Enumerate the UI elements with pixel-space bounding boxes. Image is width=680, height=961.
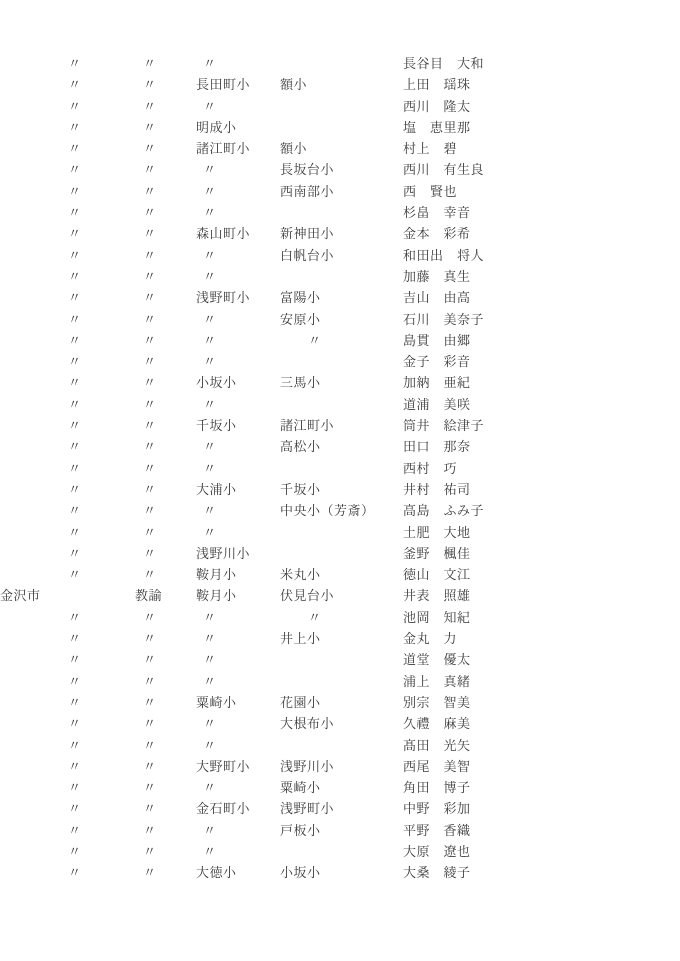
cell-position-title: 〃 xyxy=(135,138,196,159)
table-row: 〃 〃 〃 戸板小 平野 香織 xyxy=(0,820,680,841)
cell-municipality: 〃 xyxy=(0,522,135,543)
cell-position-title: 〃 xyxy=(135,628,196,649)
cell-municipality: 〃 xyxy=(0,756,135,777)
cell-new-school: 中央小（芳斎） xyxy=(280,500,403,521)
personnel-roster-table: 〃 〃 〃 長谷目 大和 〃 〃 長田町小 額小 上田 瑶珠 〃 〃 〃 西川 … xyxy=(0,53,680,884)
table-row: 〃 〃 〃 土肥 大地 xyxy=(0,522,680,543)
cell-new-school: 井上小 xyxy=(280,628,403,649)
cell-municipality: 〃 xyxy=(0,820,135,841)
cell-person-name: 道堂 優太 xyxy=(403,649,680,670)
cell-new-school: 西南部小 xyxy=(280,181,403,202)
cell-person-name: 金丸 力 xyxy=(403,628,680,649)
cell-municipality: 〃 xyxy=(0,628,135,649)
table-row: 〃 〃 〃 長谷目 大和 xyxy=(0,53,680,74)
cell-current-school: 〃 xyxy=(196,820,280,841)
cell-position-title: 〃 xyxy=(135,223,196,244)
table-row: 〃 〃 〃 道堂 優太 xyxy=(0,649,680,670)
cell-current-school: 〃 xyxy=(196,96,280,117)
table-row: 〃 〃 長田町小 額小 上田 瑶珠 xyxy=(0,74,680,95)
cell-new-school: 伏見台小 xyxy=(280,585,403,606)
cell-position-title: 〃 xyxy=(135,543,196,564)
cell-new-school xyxy=(280,649,403,670)
cell-new-school: 安原小 xyxy=(280,309,403,330)
cell-position-title: 〃 xyxy=(135,735,196,756)
table-row: 〃 〃 〃 浦上 真緒 xyxy=(0,671,680,692)
cell-new-school xyxy=(280,735,403,756)
table-row: 〃 〃 大浦小 千坂小 井村 祐司 xyxy=(0,479,680,500)
cell-position-title: 〃 xyxy=(135,841,196,862)
cell-new-school xyxy=(280,394,403,415)
cell-new-school: 〃 xyxy=(280,330,403,351)
table-row: 〃 〃 浅野川小 釜野 楓佳 xyxy=(0,543,680,564)
cell-municipality: 〃 xyxy=(0,458,135,479)
cell-municipality: 〃 xyxy=(0,777,135,798)
cell-new-school xyxy=(280,671,403,692)
cell-current-school: 長田町小 xyxy=(196,74,280,95)
cell-position-title: 〃 xyxy=(135,777,196,798)
cell-new-school: 米丸小 xyxy=(280,564,403,585)
table-row: 〃 〃 〃 白帆台小 和田出 将人 xyxy=(0,245,680,266)
cell-person-name: 和田出 将人 xyxy=(403,245,680,266)
table-row: 〃 〃 粟崎小 花園小 別宗 智美 xyxy=(0,692,680,713)
cell-current-school: 〃 xyxy=(196,649,280,670)
cell-new-school: 三馬小 xyxy=(280,372,403,393)
table-row: 〃 〃 〃 加藤 真生 xyxy=(0,266,680,287)
document-page: 〃 〃 〃 長谷目 大和 〃 〃 長田町小 額小 上田 瑶珠 〃 〃 〃 西川 … xyxy=(0,0,680,961)
cell-new-school: 浅野町小 xyxy=(280,798,403,819)
cell-new-school: 富陽小 xyxy=(280,287,403,308)
cell-person-name: 平野 香織 xyxy=(403,820,680,841)
cell-municipality: 〃 xyxy=(0,713,135,734)
cell-current-school: 〃 xyxy=(196,309,280,330)
cell-position-title: 〃 xyxy=(135,756,196,777)
cell-new-school xyxy=(280,53,403,74)
cell-municipality: 〃 xyxy=(0,330,135,351)
cell-person-name: 西尾 美智 xyxy=(403,756,680,777)
cell-current-school: 〃 xyxy=(196,500,280,521)
cell-current-school: 〃 xyxy=(196,436,280,457)
table-row: 〃 〃 〃 大原 遼也 xyxy=(0,841,680,862)
cell-municipality: 〃 xyxy=(0,309,135,330)
cell-current-school: 明成小 xyxy=(196,117,280,138)
cell-person-name: 西 賢也 xyxy=(403,181,680,202)
table-row: 〃 〃 〃 杉畠 幸音 xyxy=(0,202,680,223)
cell-municipality: 〃 xyxy=(0,245,135,266)
table-row: 〃 〃 鞍月小 米丸小 徳山 文江 xyxy=(0,564,680,585)
cell-person-name: 村上 碧 xyxy=(403,138,680,159)
cell-current-school: 〃 xyxy=(196,522,280,543)
cell-current-school: 〃 xyxy=(196,351,280,372)
cell-position-title: 〃 xyxy=(135,522,196,543)
cell-person-name: 高島 ふみ子 xyxy=(403,500,680,521)
table-row: 〃 〃 森山町小 新神田小 金本 彩希 xyxy=(0,223,680,244)
cell-new-school: 千坂小 xyxy=(280,479,403,500)
cell-municipality: 〃 xyxy=(0,479,135,500)
cell-current-school: 〃 xyxy=(196,181,280,202)
cell-new-school xyxy=(280,96,403,117)
cell-person-name: 別宗 智美 xyxy=(403,692,680,713)
table-row: 〃 〃 〃 大根布小 久禮 麻美 xyxy=(0,713,680,734)
table-row: 〃 〃 〃 粟崎小 角田 博子 xyxy=(0,777,680,798)
cell-person-name: 加納 亜紀 xyxy=(403,372,680,393)
cell-municipality: 〃 xyxy=(0,266,135,287)
table-row: 〃 〃 諸江町小 額小 村上 碧 xyxy=(0,138,680,159)
table-row: 金沢市 教諭 鞍月小 伏見台小 井表 照雄 xyxy=(0,585,680,606)
cell-position-title: 〃 xyxy=(135,181,196,202)
cell-current-school: 〃 xyxy=(196,628,280,649)
cell-new-school: 白帆台小 xyxy=(280,245,403,266)
cell-new-school: 高松小 xyxy=(280,436,403,457)
cell-current-school: 〃 xyxy=(196,245,280,266)
table-row: 〃 〃 千坂小 諸江町小 筒井 絵津子 xyxy=(0,415,680,436)
cell-position-title: 〃 xyxy=(135,74,196,95)
cell-person-name: 井表 照雄 xyxy=(403,585,680,606)
table-row: 〃 〃 〃 長坂台小 西川 有生良 xyxy=(0,159,680,180)
cell-current-school: 小坂小 xyxy=(196,372,280,393)
cell-municipality: 〃 xyxy=(0,372,135,393)
cell-person-name: 髙田 光矢 xyxy=(403,735,680,756)
cell-new-school xyxy=(280,841,403,862)
table-row: 〃 〃 浅野町小 富陽小 吉山 由高 xyxy=(0,287,680,308)
cell-position-title: 教諭 xyxy=(135,585,196,606)
cell-position-title: 〃 xyxy=(135,159,196,180)
cell-person-name: 中野 彩加 xyxy=(403,798,680,819)
cell-current-school: 千坂小 xyxy=(196,415,280,436)
roster-body: 〃 〃 〃 長谷目 大和 〃 〃 長田町小 額小 上田 瑶珠 〃 〃 〃 西川 … xyxy=(0,53,680,884)
cell-municipality: 〃 xyxy=(0,415,135,436)
cell-position-title: 〃 xyxy=(135,649,196,670)
table-row: 〃 〃 〃 金子 彩音 xyxy=(0,351,680,372)
table-row: 〃 〃 大野町小 浅野川小 西尾 美智 xyxy=(0,756,680,777)
cell-position-title: 〃 xyxy=(135,713,196,734)
cell-person-name: 徳山 文江 xyxy=(403,564,680,585)
cell-person-name: 池岡 知紀 xyxy=(403,607,680,628)
cell-position-title: 〃 xyxy=(135,309,196,330)
cell-person-name: 大桑 綾子 xyxy=(403,862,680,883)
cell-position-title: 〃 xyxy=(135,820,196,841)
cell-current-school: 〃 xyxy=(196,713,280,734)
cell-current-school: 〃 xyxy=(196,330,280,351)
table-row: 〃 〃 〃 西村 巧 xyxy=(0,458,680,479)
cell-new-school xyxy=(280,522,403,543)
cell-person-name: 田口 那奈 xyxy=(403,436,680,457)
cell-person-name: 筒井 絵津子 xyxy=(403,415,680,436)
cell-new-school xyxy=(280,202,403,223)
cell-municipality: 〃 xyxy=(0,351,135,372)
cell-new-school: 長坂台小 xyxy=(280,159,403,180)
cell-new-school: 浅野川小 xyxy=(280,756,403,777)
cell-current-school: 浅野町小 xyxy=(196,287,280,308)
cell-municipality: 〃 xyxy=(0,117,135,138)
cell-new-school: 額小 xyxy=(280,74,403,95)
cell-new-school xyxy=(280,543,403,564)
cell-position-title: 〃 xyxy=(135,692,196,713)
cell-position-title: 〃 xyxy=(135,117,196,138)
cell-new-school xyxy=(280,458,403,479)
cell-person-name: 土肥 大地 xyxy=(403,522,680,543)
cell-person-name: 上田 瑶珠 xyxy=(403,74,680,95)
table-row: 〃 〃 小坂小 三馬小 加納 亜紀 xyxy=(0,372,680,393)
cell-municipality: 〃 xyxy=(0,74,135,95)
cell-municipality: 〃 xyxy=(0,96,135,117)
cell-position-title: 〃 xyxy=(135,287,196,308)
cell-current-school: 鞍月小 xyxy=(196,564,280,585)
cell-position-title: 〃 xyxy=(135,394,196,415)
table-row: 〃 〃 〃 井上小 金丸 力 xyxy=(0,628,680,649)
cell-municipality: 金沢市 xyxy=(0,585,135,606)
cell-municipality: 〃 xyxy=(0,202,135,223)
cell-current-school: 〃 xyxy=(196,735,280,756)
cell-person-name: 金子 彩音 xyxy=(403,351,680,372)
cell-person-name: 金本 彩希 xyxy=(403,223,680,244)
cell-current-school: 〃 xyxy=(196,458,280,479)
cell-person-name: 塩 恵里那 xyxy=(403,117,680,138)
cell-current-school: 〃 xyxy=(196,53,280,74)
cell-current-school: 〃 xyxy=(196,671,280,692)
cell-municipality: 〃 xyxy=(0,798,135,819)
cell-person-name: 吉山 由高 xyxy=(403,287,680,308)
cell-municipality: 〃 xyxy=(0,735,135,756)
table-row: 〃 〃 金石町小 浅野町小 中野 彩加 xyxy=(0,798,680,819)
cell-position-title: 〃 xyxy=(135,479,196,500)
cell-position-title: 〃 xyxy=(135,96,196,117)
cell-new-school xyxy=(280,117,403,138)
cell-current-school: 〃 xyxy=(196,266,280,287)
cell-current-school: 粟崎小 xyxy=(196,692,280,713)
cell-municipality: 〃 xyxy=(0,649,135,670)
cell-person-name: 井村 祐司 xyxy=(403,479,680,500)
cell-new-school: 大根布小 xyxy=(280,713,403,734)
cell-municipality: 〃 xyxy=(0,543,135,564)
cell-current-school: 森山町小 xyxy=(196,223,280,244)
cell-person-name: 西村 巧 xyxy=(403,458,680,479)
cell-position-title: 〃 xyxy=(135,798,196,819)
table-row: 〃 〃 大徳小 小坂小 大桑 綾子 xyxy=(0,862,680,883)
cell-current-school: 〃 xyxy=(196,202,280,223)
cell-current-school: 鞍月小 xyxy=(196,585,280,606)
cell-municipality: 〃 xyxy=(0,394,135,415)
cell-current-school: 諸江町小 xyxy=(196,138,280,159)
cell-current-school: 〃 xyxy=(196,607,280,628)
table-row: 〃 〃 〃 〃 池岡 知紀 xyxy=(0,607,680,628)
table-row: 〃 〃 〃 髙田 光矢 xyxy=(0,735,680,756)
cell-municipality: 〃 xyxy=(0,692,135,713)
cell-municipality: 〃 xyxy=(0,862,135,883)
table-row: 〃 〃 〃 西南部小 西 賢也 xyxy=(0,181,680,202)
table-row: 〃 〃 〃 〃 島貫 由郷 xyxy=(0,330,680,351)
cell-municipality: 〃 xyxy=(0,53,135,74)
cell-current-school: 金石町小 xyxy=(196,798,280,819)
cell-person-name: 浦上 真緒 xyxy=(403,671,680,692)
cell-current-school: 〃 xyxy=(196,159,280,180)
cell-current-school: 〃 xyxy=(196,841,280,862)
cell-new-school xyxy=(280,266,403,287)
cell-position-title: 〃 xyxy=(135,415,196,436)
cell-current-school: 大野町小 xyxy=(196,756,280,777)
cell-position-title: 〃 xyxy=(135,671,196,692)
cell-municipality: 〃 xyxy=(0,138,135,159)
cell-municipality: 〃 xyxy=(0,223,135,244)
cell-position-title: 〃 xyxy=(135,245,196,266)
cell-person-name: 角田 博子 xyxy=(403,777,680,798)
cell-position-title: 〃 xyxy=(135,607,196,628)
cell-position-title: 〃 xyxy=(135,351,196,372)
cell-person-name: 大原 遼也 xyxy=(403,841,680,862)
cell-person-name: 西川 隆太 xyxy=(403,96,680,117)
table-row: 〃 〃 〃 西川 隆太 xyxy=(0,96,680,117)
cell-current-school: 〃 xyxy=(196,777,280,798)
cell-position-title: 〃 xyxy=(135,458,196,479)
cell-current-school: 浅野川小 xyxy=(196,543,280,564)
cell-new-school xyxy=(280,351,403,372)
cell-position-title: 〃 xyxy=(135,202,196,223)
cell-new-school: 戸板小 xyxy=(280,820,403,841)
cell-municipality: 〃 xyxy=(0,159,135,180)
cell-current-school: 大浦小 xyxy=(196,479,280,500)
cell-person-name: 釜野 楓佳 xyxy=(403,543,680,564)
cell-position-title: 〃 xyxy=(135,564,196,585)
cell-municipality: 〃 xyxy=(0,671,135,692)
cell-current-school: 大徳小 xyxy=(196,862,280,883)
cell-position-title: 〃 xyxy=(135,330,196,351)
cell-position-title: 〃 xyxy=(135,53,196,74)
table-row: 〃 〃 〃 中央小（芳斎） 高島 ふみ子 xyxy=(0,500,680,521)
cell-position-title: 〃 xyxy=(135,266,196,287)
cell-person-name: 杉畠 幸音 xyxy=(403,202,680,223)
table-row: 〃 〃 〃 高松小 田口 那奈 xyxy=(0,436,680,457)
cell-person-name: 西川 有生良 xyxy=(403,159,680,180)
cell-new-school: 額小 xyxy=(280,138,403,159)
table-row: 〃 〃 〃 安原小 石川 美奈子 xyxy=(0,309,680,330)
cell-person-name: 石川 美奈子 xyxy=(403,309,680,330)
cell-current-school: 〃 xyxy=(196,394,280,415)
cell-person-name: 久禮 麻美 xyxy=(403,713,680,734)
cell-municipality: 〃 xyxy=(0,500,135,521)
cell-new-school: 諸江町小 xyxy=(280,415,403,436)
cell-new-school: 小坂小 xyxy=(280,862,403,883)
cell-municipality: 〃 xyxy=(0,287,135,308)
cell-person-name: 島貫 由郷 xyxy=(403,330,680,351)
cell-municipality: 〃 xyxy=(0,436,135,457)
cell-new-school: 粟崎小 xyxy=(280,777,403,798)
cell-position-title: 〃 xyxy=(135,862,196,883)
cell-new-school: 〃 xyxy=(280,607,403,628)
table-row: 〃 〃 〃 道浦 美咲 xyxy=(0,394,680,415)
cell-position-title: 〃 xyxy=(135,372,196,393)
cell-new-school: 新神田小 xyxy=(280,223,403,244)
cell-person-name: 道浦 美咲 xyxy=(403,394,680,415)
cell-municipality: 〃 xyxy=(0,564,135,585)
cell-municipality: 〃 xyxy=(0,607,135,628)
cell-person-name: 加藤 真生 xyxy=(403,266,680,287)
cell-position-title: 〃 xyxy=(135,500,196,521)
cell-person-name: 長谷目 大和 xyxy=(403,53,680,74)
cell-position-title: 〃 xyxy=(135,436,196,457)
table-row: 〃 〃 明成小 塩 恵里那 xyxy=(0,117,680,138)
cell-municipality: 〃 xyxy=(0,841,135,862)
cell-municipality: 〃 xyxy=(0,181,135,202)
cell-new-school: 花園小 xyxy=(280,692,403,713)
